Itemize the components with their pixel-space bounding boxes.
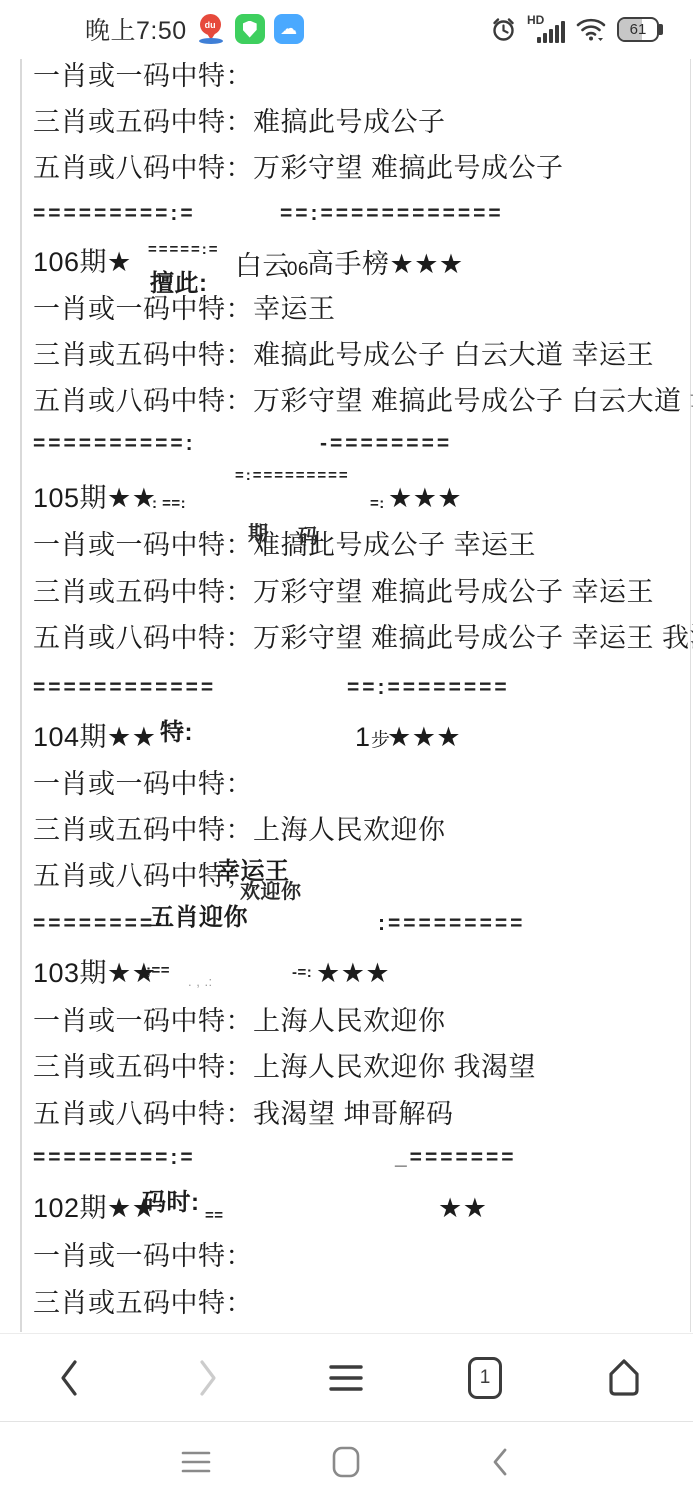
section-header-103: ★★★ — [316, 957, 390, 989]
content-line: 一肖或一码中特：上海人民欢迎你 — [33, 1005, 446, 1037]
section-header-102: 102期★★ — [33, 1192, 156, 1224]
section-header-102: ★★ — [438, 1192, 487, 1224]
menu-button[interactable] — [316, 1348, 376, 1408]
content-line: 三肖或五码中特： — [33, 1287, 253, 1319]
ghost-text: : ==: — [152, 488, 186, 520]
content-line: 五肖或八码中特：万彩守望 难搞此号成公子 — [33, 152, 564, 184]
back-icon — [55, 1356, 83, 1400]
divider-line: _======= — [395, 1142, 517, 1174]
ghost-text: =: — [370, 488, 385, 520]
home-icon — [601, 1355, 647, 1401]
ghost-text: 特: — [160, 717, 193, 749]
forward-button[interactable] — [178, 1348, 238, 1408]
divider-line: ==:======== — [347, 672, 510, 704]
forward-icon — [194, 1356, 222, 1400]
content-line: 五肖或八码中特：我渴望 坤哥解码 — [33, 1098, 454, 1130]
web-page-content: 一肖或一码中特： 三肖或五码中特：难搞此号成公子 五肖或八码中特：万彩守望 难搞… — [0, 0, 693, 1500]
tab-count-badge: 1 — [468, 1357, 502, 1399]
ghost-text: =====:= — [148, 234, 220, 266]
content-line: 一肖或一码中特：难搞此号成公子 幸运王 — [33, 529, 536, 561]
section-header-105: ★★★ — [388, 482, 462, 514]
divider-line: ========- — [33, 908, 165, 940]
system-back-icon — [490, 1446, 510, 1478]
menu-icon — [328, 1362, 364, 1394]
ghost-text: -06 — [280, 254, 309, 286]
content-left-border — [20, 59, 22, 1332]
divider-line: ==:============ — [280, 198, 504, 230]
system-nav-bar — [0, 1421, 693, 1500]
section-header-106: 106期★ — [33, 246, 132, 278]
content-line: 一肖或一码中特： — [33, 60, 253, 92]
ghost-text: 期 — [248, 518, 269, 550]
system-back-button[interactable] — [460, 1422, 540, 1500]
divider-line: =========:= — [33, 1142, 196, 1174]
content-right-border — [690, 59, 691, 1332]
content-line: 三肖或五码中特：上海人民欢迎你 — [33, 814, 446, 846]
system-recents-icon — [332, 1446, 360, 1478]
ghost-text: ;== — [146, 955, 170, 987]
section-header-104: 1 — [355, 721, 371, 753]
back-button[interactable] — [39, 1348, 99, 1408]
divider-line: -======== — [320, 428, 452, 460]
content-line: 一肖或一码中特： — [33, 1240, 253, 1272]
section-header-104: ★★★ — [387, 721, 461, 753]
content-line: 三肖或五码中特：难搞此号成公子 白云大道 幸运王 — [33, 339, 654, 371]
section-header-106: 高手榜★★★ — [307, 248, 464, 280]
ghost-text: == — [205, 1200, 224, 1232]
divider-line: ============ — [33, 672, 216, 704]
ghost-text: =:========= — [235, 460, 350, 492]
system-recents-button[interactable] — [306, 1422, 386, 1500]
content-line: 三肖或五码中特：万彩守望 难搞此号成公子 幸运王 — [33, 576, 654, 608]
system-menu-button[interactable] — [156, 1422, 236, 1500]
ghost-text: . , .: — [188, 966, 213, 998]
system-menu-icon — [181, 1449, 211, 1475]
ghost-text: 欢迎你 — [240, 876, 302, 908]
content-line: 一肖或一码中特：幸运王 — [33, 293, 336, 325]
ghost-text: 码 — [298, 521, 319, 553]
section-header-103: 103期★★ — [33, 957, 156, 989]
divider-line: :========= — [378, 908, 525, 940]
browser-toolbar: 1 — [0, 1333, 693, 1422]
content-line: 一肖或一码中特： — [33, 768, 253, 800]
ghost-text: -=: — [292, 957, 312, 989]
phone-screen: 晚上7:50 du ☁ HD — [0, 0, 693, 1500]
divider-line: ==========: — [33, 428, 196, 460]
section-header-105: 105期★★ — [33, 482, 156, 514]
tabs-button[interactable]: 1 — [455, 1348, 515, 1408]
ghost-text: 五肖迎你 — [150, 902, 248, 934]
section-header-104: 104期★★ — [33, 721, 156, 753]
content-line: 五肖或八码中特：万彩守望 难搞此号成公子 幸运王 我渴望 — [33, 622, 693, 654]
ghost-text: 码时: — [142, 1187, 200, 1219]
content-line: 三肖或五码中特：上海人民欢迎你 我渴望 — [33, 1051, 536, 1083]
home-button[interactable] — [594, 1348, 654, 1408]
divider-line: =========:= — [33, 198, 196, 230]
content-line: 三肖或五码中特：难搞此号成公子 — [33, 106, 446, 138]
content-line: 五肖或八码中特：万彩守望 难搞此号成公子 白云大道 幸运王 — [33, 385, 693, 417]
